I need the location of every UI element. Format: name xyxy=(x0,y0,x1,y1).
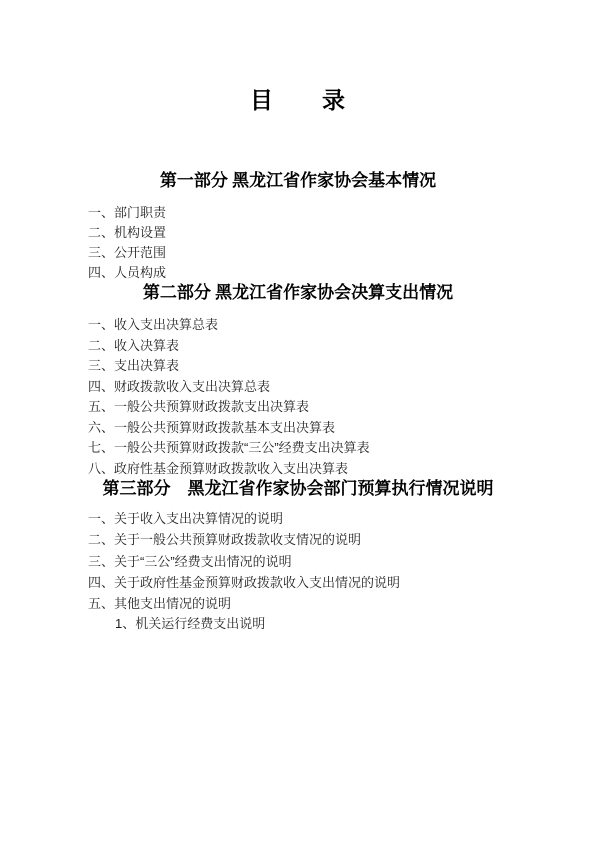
toc-item: 三、关于“三公”经费支出情况的说明 xyxy=(88,551,596,572)
section-1-item-list: 一、部门职责 二、机构设置 三、公开范围 四、人员构成 xyxy=(0,203,596,283)
section-3-item-list: 一、关于收入支出决算情况的说明 二、关于一般公共预算财政拨款收支情况的说明 三、… xyxy=(0,508,596,614)
section-2-item-list: 一、收入支出决算总表 二、收入决算表 三、支出决算表 四、财政拨款收入支出决算总… xyxy=(0,315,596,479)
toc-item: 六、一般公共预算财政拨款基本支出决算表 xyxy=(88,418,596,439)
toc-item: 四、人员构成 xyxy=(88,263,596,283)
document-page: 目 录 第一部分 黑龙江省作家协会基本情况 一、部门职责 二、机构设置 三、公开… xyxy=(0,0,596,843)
toc-item: 一、收入支出决算总表 xyxy=(88,315,596,336)
toc-item: 二、机构设置 xyxy=(88,223,596,243)
toc-item: 七、一般公共预算财政拨款“三公”经费支出决算表 xyxy=(88,438,596,459)
toc-item: 五、其他支出情况的说明 xyxy=(88,593,596,614)
toc-item: 五、一般公共预算财政拨款支出决算表 xyxy=(88,397,596,418)
section-3-heading: 第三部分 黑龙江省作家协会部门预算执行情况说明 xyxy=(0,479,596,499)
toc-subitem: 1、机关运行经费支出说明 xyxy=(0,614,596,634)
toc-item: 三、支出决算表 xyxy=(88,356,596,377)
toc-item: 二、关于一般公共预算财政拨款收支情况的说明 xyxy=(88,529,596,550)
toc-item: 三、公开范围 xyxy=(88,243,596,263)
page-title: 目 录 xyxy=(0,0,596,114)
toc-item: 四、财政拨款收入支出决算总表 xyxy=(88,377,596,398)
section-2-heading: 第二部分 黑龙江省作家协会决算支出情况 xyxy=(0,283,596,303)
toc-item: 一、关于收入支出决算情况的说明 xyxy=(88,508,596,529)
toc-item: 八、政府性基金预算财政拨款收入支出决算表 xyxy=(88,459,596,480)
toc-item: 一、部门职责 xyxy=(88,203,596,223)
toc-item: 四、关于政府性基金预算财政拨款收入支出情况的说明 xyxy=(88,572,596,593)
section-1-heading: 第一部分 黑龙江省作家协会基本情况 xyxy=(0,171,596,191)
toc-item: 二、收入决算表 xyxy=(88,336,596,357)
